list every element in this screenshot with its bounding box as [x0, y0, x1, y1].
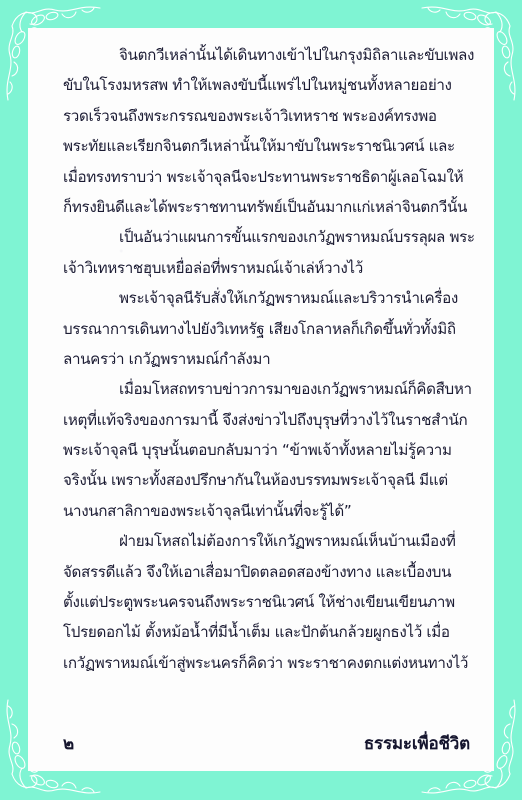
- text-line: จัดสรรดีแล้ว จึงให้เอาเสื่อมาปิดตลอดสองข…: [63, 557, 488, 587]
- text-line: พระทัยและเรียกจินตกวีเหล่านั้นให้มาขับใน…: [63, 131, 488, 161]
- page-border-frame: จินตกวีเหล่านั้นได้เดินทางเข้าไปในกรุงมิ…: [0, 0, 522, 800]
- text-line: ตั้งแต่ประตูพระนครจนถึงพระราชนิเวศน์ ให้…: [63, 587, 488, 617]
- book-title: ธรรมะเพื่อชีวิต: [364, 730, 470, 757]
- text-line: เมื่อมโหสถทราบข่าวการมาของเกวัฏพราหมณ์ก็…: [63, 374, 488, 404]
- body-text: จินตกวีเหล่านั้นได้เดินทางเข้าไปในกรุงมิ…: [63, 40, 488, 678]
- text-line: จินตกวีเหล่านั้นได้เดินทางเข้าไปในกรุงมิ…: [63, 40, 488, 70]
- page-footer: ๒ ธรรมะเพื่อชีวิต: [63, 728, 470, 758]
- text-line: รวดเร็วจนถึงพระกรรณของพระเจ้าวิเทหราช พร…: [63, 101, 488, 131]
- text-line: ขับในโรงมหรสพ ทำให้เพลงขับนี้แพร่ไปในหมู…: [63, 70, 488, 100]
- text-line: บรรณาการเดินทางไปยังวิเทหรัฐ เสียงโกลาหล…: [63, 314, 488, 344]
- text-line: ฝ่ายมโหสถไม่ต้องการให้เกวัฏพราหมณ์เห็นบ้…: [63, 526, 488, 556]
- text-line: พระเจ้าจุลนีรับสั่งให้เกวัฏพราหมณ์และบริ…: [63, 283, 488, 313]
- text-line: โปรยดอกไม้ ตั้งหม้อน้ำที่มีน้ำเต็ม และปั…: [63, 617, 488, 647]
- text-line: เหตุที่แท้จริงของการมานี้ จึงส่งข่าวไปถึ…: [63, 405, 488, 435]
- page-number: ๒: [63, 730, 74, 757]
- text-line: เมื่อทรงทราบว่า พระเจ้าจุลนีจะประทานพระร…: [63, 162, 488, 192]
- text-line: ลานครว่า เกวัฏพราหมณ์กำลังมา: [63, 344, 488, 374]
- text-line: นางนกสาลิกาของพระเจ้าจุลนีเท่านั้นที่จะร…: [63, 496, 488, 526]
- text-line: พระเจ้าจุลนี บุรุษนั้นตอบกลับมาว่า “ข้าพ…: [63, 435, 488, 465]
- book-page: จินตกวีเหล่านั้นได้เดินทางเข้าไปในกรุงมิ…: [28, 28, 494, 771]
- text-line: เป็นอันว่าแผนการขั้นแรกของเกวัฏพราหมณ์บร…: [63, 222, 488, 252]
- text-line: จริงนั้น เพราะทั้งสองปรึกษากันในห้องบรรท…: [63, 465, 488, 495]
- text-line: เกวัฏพราหมณ์เข้าสู่พระนครก็คิดว่า พระราช…: [63, 648, 488, 678]
- text-line: เจ้าวิเทหราชฮุบเหยื่อล่อที่พราหมณ์เจ้าเล…: [63, 253, 488, 283]
- text-line: ก็ทรงยินดีและได้พระราชทานทรัพย์เป็นอันมา…: [63, 192, 488, 222]
